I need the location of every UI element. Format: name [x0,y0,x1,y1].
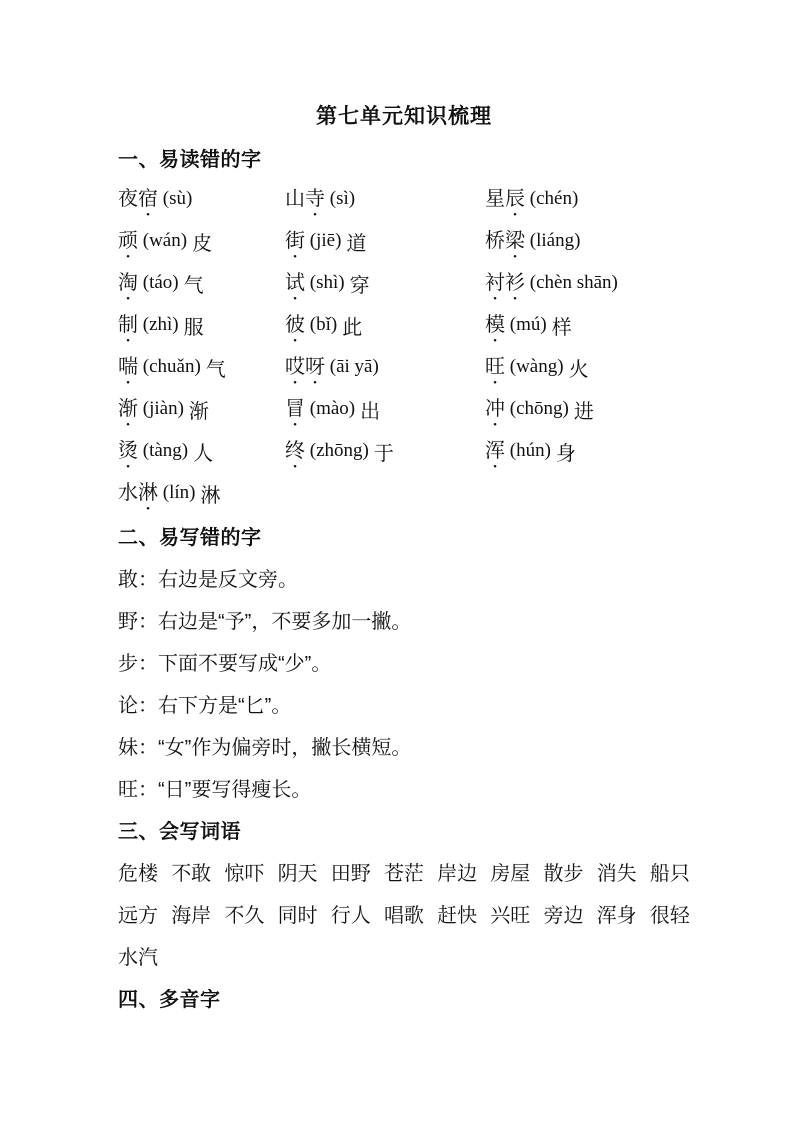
pinyin-annotation: (hún) [505,440,551,462]
vocab-line: 水汽 [118,934,690,976]
misread-entry: 浑 (hún) 身 [485,430,690,472]
hanzi-char: 道 [341,227,366,256]
misread-entry: 喘 (chuǎn) 气 [118,346,285,388]
misread-entry: 冲 (chōng) 进 [485,388,690,430]
hanzi-char: 旺 [485,356,505,379]
section-misread-characters: 一、易读错的字 夜宿 (sù)山寺 (sì)星辰 (chén)顽 (wán) 皮… [118,136,690,514]
miswritten-note: 论：右下方是“匕”。 [118,682,690,724]
vocab-word: 唱歌 [384,899,424,928]
vocab-word: 兴旺 [490,899,530,928]
hanzi-char: 冒 [285,398,305,421]
title-line: 第七单元知识梳理 [118,94,690,136]
hanzi-char: 进 [569,395,594,424]
pinyin-annotation: (zhōng) [305,440,369,462]
hanzi-char: 淋 [138,482,158,505]
vocab-word: 赶快 [437,899,477,928]
hanzi-char: 气 [201,353,226,382]
vocab-line: 远方海岸不久同时行人唱歌赶快兴旺旁边浑身很轻 [118,892,690,934]
section-heading-line: 三、会写词语 [118,808,690,850]
misread-entry: 水淋 (lín) 淋 [118,472,285,514]
miswritten-note: 野：右边是“予”，不要多加一撇。 [118,598,690,640]
pinyin-annotation: (sì) [325,188,355,210]
pinyin-annotation: (shì) [305,272,345,294]
vocab-word: 苍茫 [384,857,424,886]
pinyin-annotation: (chōng) [505,398,569,420]
hanzi-char: 穿 [345,269,370,298]
vocab-word: 远方 [118,899,158,928]
hanzi-char: 喘 [118,356,138,379]
hanzi-char: 试 [285,272,305,295]
hanzi-char: 水 [118,482,138,505]
hanzi-char: 气 [179,269,204,298]
misread-entry: 星辰 (chén) [485,178,690,220]
hanzi-char: 终 [285,440,305,463]
hanzi-char: 身 [551,437,576,466]
hanzi-char: 衬 [485,272,505,295]
misread-entry: 街 (jiē) 道 [285,220,485,262]
hanzi-char: 此 [337,311,362,340]
misread-entry: 淘 (táo) 气 [118,262,285,304]
section-polyphonic-characters: 四、多音字 [118,976,690,1018]
vocab-word: 不久 [224,899,264,928]
vocab-word: 田野 [331,857,371,886]
vocab-word: 阴天 [278,857,318,886]
document-page: 第七单元知识梳理 一、易读错的字 夜宿 (sù)山寺 (sì)星辰 (chén)… [0,0,793,1122]
hanzi-char: 桥 [485,230,505,253]
pinyin-annotation: (lín) [158,482,195,504]
document-title: 第七单元知识梳理 [316,100,492,130]
vocab-word: 散步 [544,857,584,886]
section-heading-line: 一、易读错的字 [118,136,690,178]
hanzi-char: 火 [564,353,589,382]
hanzi-char: 辰 [505,188,525,211]
hanzi-char: 星 [485,188,505,211]
hanzi-char: 服 [179,311,204,340]
miswritten-note: 敢：右边是反文旁。 [118,556,690,598]
section-miswritten-characters: 二、易写错的字 敢：右边是反文旁。野：右边是“予”，不要多加一撇。步：下面不要写… [118,514,690,808]
hanzi-char: 于 [369,437,394,466]
hanzi-char: 模 [485,314,505,337]
section-polyphonic-heading: 四、多音字 [118,983,221,1012]
misread-entry: 旺 (wàng) 火 [485,346,690,388]
pinyin-annotation: (tàng) [138,440,188,462]
vocab-word: 危楼 [118,857,158,886]
misread-entry: 模 (mú) 样 [485,304,690,346]
hanzi-char: 衫 [505,272,525,295]
hanzi-char: 烫 [118,440,138,463]
pinyin-annotation: (āi yā) [325,356,379,378]
section-vocabulary: 三、会写词语 危楼不敢惊吓阴天田野苍茫岸边房屋散步消失船只远方海岸不久同时行人唱… [118,808,690,976]
hanzi-char: 渐 [184,395,209,424]
misread-entry: 夜宿 (sù) [118,178,285,220]
hanzi-char: 制 [118,314,138,337]
misread-entry: 衬衫 (chèn shān) [485,262,690,304]
hanzi-char: 冲 [485,398,505,421]
hanzi-char: 人 [188,437,213,466]
misread-entry: 山寺 (sì) [285,178,485,220]
vocab-word: 船只 [650,857,690,886]
miswritten-note: 旺：“日”要写得瘦长。 [118,766,690,808]
hanzi-char: 街 [285,230,305,253]
hanzi-char: 彼 [285,314,305,337]
hanzi-char: 顽 [118,230,138,253]
hanzi-char: 出 [355,395,380,424]
vocab-word: 惊吓 [224,857,264,886]
hanzi-char: 浑 [485,440,505,463]
misread-entry: 顽 (wán) 皮 [118,220,285,262]
hanzi-char: 样 [547,311,572,340]
pinyin-annotation: (mú) [505,314,547,336]
misread-entry: 彼 (bǐ) 此 [285,304,485,346]
hanzi-char: 淘 [118,272,138,295]
miswritten-note-list: 敢：右边是反文旁。野：右边是“予”，不要多加一撇。步：下面不要写成“少”。论：右… [118,556,690,808]
pinyin-annotation: (bǐ) [305,314,337,336]
vocab-word: 很轻 [650,899,690,928]
vocab-word: 房屋 [490,857,530,886]
pinyin-annotation: (sù) [158,188,192,210]
pinyin-annotation: (chèn shān) [525,272,618,294]
section-vocabulary-heading: 三、会写词语 [118,815,241,844]
misread-entry: 终 (zhōng) 于 [285,430,485,472]
vocab-word: 行人 [331,899,371,928]
pinyin-annotation: (mào) [305,398,355,420]
pinyin-annotation: (táo) [138,272,179,294]
misread-entry: 试 (shì) 穿 [285,262,485,304]
vocab-word: 海岸 [171,899,211,928]
pinyin-annotation: (liáng) [525,230,580,252]
hanzi-char: 渐 [118,398,138,421]
hanzi-char: 呀 [305,356,325,379]
pinyin-annotation: (wán) [138,230,187,252]
vocab-word: 岸边 [437,857,477,886]
pinyin-annotation: (jiàn) [138,398,184,420]
pinyin-annotation: (chén) [525,188,578,210]
miswritten-note: 妹：“女”作为偏旁时，撇长横短。 [118,724,690,766]
pinyin-annotation: (chuǎn) [138,356,201,378]
misread-entry: 烫 (tàng) 人 [118,430,285,472]
hanzi-char: 夜 [118,188,138,211]
vocab-word: 浑身 [597,899,637,928]
vocab-word: 旁边 [544,899,584,928]
section-heading-line: 二、易写错的字 [118,514,690,556]
misread-entry: 哎呀 (āi yā) [285,346,485,388]
hanzi-char: 梁 [505,230,525,253]
vocab-word: 同时 [278,899,318,928]
section-miswritten-heading: 二、易写错的字 [118,521,262,550]
vocab-word: 消失 [597,857,637,886]
hanzi-char: 哎 [285,356,305,379]
vocab-line: 危楼不敢惊吓阴天田野苍茫岸边房屋散步消失船只 [118,850,690,892]
misread-entry: 桥梁 (liáng) [485,220,690,262]
section-heading-line: 四、多音字 [118,976,690,1018]
misread-entry: 制 (zhì) 服 [118,304,285,346]
vocab-word: 不敢 [171,857,211,886]
misread-entry: 冒 (mào) 出 [285,388,485,430]
vocab-word: 水汽 [118,941,158,970]
pinyin-annotation: (jiē) [305,230,341,252]
pinyin-annotation: (wàng) [505,356,564,378]
pinyin-annotation: (zhì) [138,314,179,336]
hanzi-char: 淋 [195,479,220,508]
miswritten-note: 步：下面不要写成“少”。 [118,640,690,682]
hanzi-char: 宿 [138,188,158,211]
hanzi-char: 皮 [187,227,212,256]
hanzi-char: 山 [285,188,305,211]
misread-entry: 渐 (jiàn) 渐 [118,388,285,430]
vocabulary-word-lines: 危楼不敢惊吓阴天田野苍茫岸边房屋散步消失船只远方海岸不久同时行人唱歌赶快兴旺旁边… [118,850,690,976]
section-misread-heading: 一、易读错的字 [118,143,262,172]
misread-entry-grid: 夜宿 (sù)山寺 (sì)星辰 (chén)顽 (wán) 皮街 (jiē) … [118,178,690,514]
hanzi-char: 寺 [305,188,325,211]
